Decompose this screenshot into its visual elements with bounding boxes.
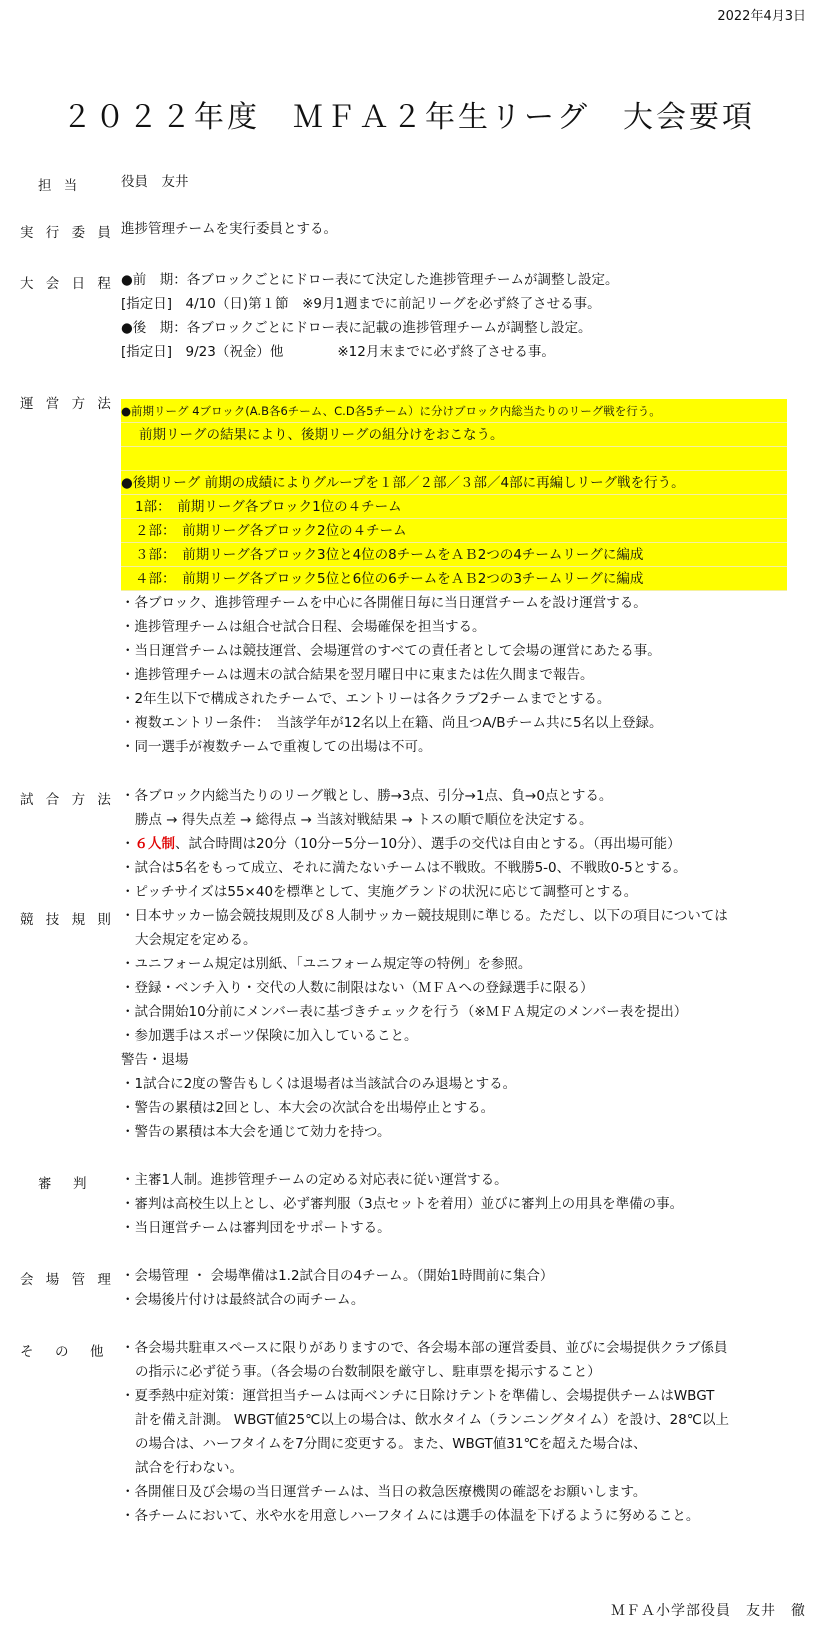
kaijo-line: ・会場後片付けは最終試合の両チーム。 — [121, 1288, 364, 1312]
section-label-jikko: 実 行 委 員 — [20, 221, 118, 241]
unei-line: ・同一選手が複数チームで重複しての出場は不可。 — [121, 735, 432, 759]
shiai-line: ・試合は5名をもって成立、それに満たないチームは不戦敗。不戦勝5-0、不戦敗0-… — [121, 856, 687, 880]
sonota-line: ・各開催日及び会場の当日運営チームは、当日の救急医療機関の確認をお願いします。 — [121, 1480, 646, 1504]
unei-line: ・進捗管理チームは週末の試合結果を翌月曜日中に東または佐久間まで報告。 — [121, 663, 594, 687]
kyogi-line: 大会規定を定める。 — [135, 928, 257, 952]
highlight-row: 1部： 前期リーグ各ブロック1位の４チーム — [121, 495, 787, 519]
kyogi-line: ・登録・ベンチ入り・交代の人数に制限はない（ＭＦＡへの登録選手に限る） — [121, 976, 594, 1000]
page-title: ２０２２年度 ＭＦＡ２年生リーグ 大会要項 — [0, 92, 817, 136]
highlight-row: ●後期リーグ 前期の成績によりグループを１部／２部／３部／4部に再編しリーグ戦を… — [121, 471, 787, 495]
bullet: ・ — [121, 836, 135, 852]
sonota-line: ・各チームにおいて、氷や水を用意しハーフタイムには選手の体温を下げるように努める… — [121, 1504, 699, 1528]
shiai-line: ・ピッチサイズは55×40を標準として、実施グランドの状況に応じて調整可とする。 — [121, 880, 637, 904]
nittei-line: ●前 期：各ブロックごとにドロー表にて決定した進捗管理チームが調整し設定。 — [121, 268, 619, 292]
highlight-row — [121, 447, 787, 471]
kyogi-line: ・1試合に2度の警告もしくは退場者は当該試合のみ退場とする。 — [121, 1072, 516, 1096]
player-count-emphasis: ６人制 — [135, 836, 176, 852]
jikko-text: 進捗管理チームを実行委員とする。 — [121, 217, 337, 241]
section-label-shiai: 試 合 方 法 — [20, 788, 118, 808]
sonota-line: の指示に必ず従う事。（各会場の台数制限を厳守し、駐車票を掲示すること） — [135, 1360, 601, 1384]
sonota-line: 試合を行わない。 — [135, 1456, 243, 1480]
date: 2022年4月3日 — [717, 5, 806, 24]
section-label-sonota: そ の 他 — [20, 1340, 118, 1360]
match-time-text: 、試合時間は20分（10分ー5分ー10分）、選手の交代は自由とする。（再出場可能… — [175, 836, 681, 852]
shiai-line: 勝点 → 得失点差 → 総得点 → 当該対戦結果 → トスの順で順位を決定する。 — [135, 808, 592, 832]
kyogi-line: ・ユニフォーム規定は別紙、「ユニフォーム規定等の特例」を参照。 — [121, 952, 531, 976]
sonota-line: ・各会場共駐車スペースに限りがありますので、各会場本部の運営委員、並びに会場提供… — [121, 1336, 728, 1360]
sonota-line: ・夏季熱中症対策：運営担当チームは両ベンチに日除けテントを準備し、会場提供チーム… — [121, 1384, 714, 1408]
highlight-row: ２部： 前期リーグ各ブロック2位の４チーム — [121, 519, 787, 543]
shinpan-line: ・当日運営チームは審判団をサポートする。 — [121, 1216, 391, 1240]
kyogi-subheading: 警告・退場 — [121, 1048, 189, 1072]
unei-line: ・各ブロック、進捗管理チームを中心に各開催日毎に当日運営チームを設け運営する。 — [121, 591, 647, 615]
shiai-line-emphasis: ・６人制、試合時間は20分（10分ー5分ー10分）、選手の交代は自由とする。（再… — [121, 832, 681, 856]
unei-line: ・複数エントリー条件： 当該学年が12名以上在籍、尚且つA/Bチーム共に5名以上… — [121, 711, 663, 735]
unei-line: ・当日運営チームは競技運営、会場運営のすべての責任者として会場の運営にあたる事。 — [121, 639, 661, 663]
highlight-row: ４部： 前期リーグ各ブロック5位と6位の6チームをＡＢ2つの3チームリーグに編成 — [121, 567, 787, 591]
nittei-line: ●後 期：各ブロックごとにドロー表に記載の進捗管理チームが調整し設定。 — [121, 316, 592, 340]
shinpan-line: ・主審1人制。進捗管理チームの定める対応表に従い運営する。 — [121, 1168, 508, 1192]
kyogi-line: ・警告の累積は本大会を通じて効力を持つ。 — [121, 1120, 390, 1144]
highlight-block: ●前期リーグ 4ブロック(A.B各6チーム、C.D各5チーム）に分けブロック内総… — [121, 399, 787, 591]
section-label-kaijo: 会 場 管 理 — [20, 1268, 118, 1288]
section-label-nittei: 大 会 日 程 — [20, 272, 118, 292]
tantou-text: 役員 友井 — [121, 170, 189, 194]
unei-line: ・進捗管理チームは組合せ試合日程、会場確保を担当する。 — [121, 615, 486, 639]
shinpan-line: ・審判は高校生以上とし、必ず審判服（3点セットを着用）並びに審判上の用具を準備の… — [121, 1192, 683, 1216]
signature: ＭＦＡ小学部役員 友井 徹 — [611, 1600, 806, 1620]
unei-line: ・2年生以下で構成されたチームで、エントリーは各クラブ2チームまでとする。 — [121, 687, 610, 711]
kyogi-line: ・警告の累積は2回とし、本大会の次試合を出場停止とする。 — [121, 1096, 494, 1120]
section-label-unei: 運 営 方 法 — [20, 392, 118, 412]
section-label-kyogi: 競 技 規 則 — [20, 908, 118, 928]
nittei-line: [指定日] 9/23（祝金）他 ※12月末までに必ず終了させる事。 — [121, 340, 555, 364]
kyogi-line: ・試合開始10分前にメンバー表に基づきチェックを行う（※ＭＦＡ規定のメンバー表を… — [121, 1000, 687, 1024]
shiai-line: ・各ブロック内総当たりのリーグ戦とし、勝→3点、引分→1点、負→0点とする。 — [121, 784, 612, 808]
sonota-line: の場合は、ハーフタイムを7分間に変更する。また、WBGT値31℃を超えた場合は、 — [135, 1432, 647, 1456]
highlight-row: 前期リーグの結果により、後期リーグの組分けをおこなう。 — [121, 423, 787, 447]
kyogi-line: ・参加選手はスポーツ保険に加入していること。 — [121, 1024, 417, 1048]
highlight-row: ●前期リーグ 4ブロック(A.B各6チーム、C.D各5チーム）に分けブロック内総… — [121, 399, 787, 423]
kaijo-line: ・会場管理 ・ 会場準備は1.2試合目の4チーム。（開始1時間前に集合） — [121, 1264, 553, 1288]
highlight-row: ３部： 前期リーグ各ブロック3位と4位の8チームをＡＢ2つの4チームリーグに編成 — [121, 543, 787, 567]
kyogi-line: ・日本サッカー協会競技規則及び８人制サッカー競技規則に準じる。ただし、以下の項目… — [121, 904, 728, 928]
sonota-line: 計を備え計測。 WBGT値25℃以上の場合は、飲水タイム（ランニングタイム）を設… — [135, 1408, 729, 1432]
nittei-line: [指定日] 4/10（日)第１節 ※9月1週までに前記リーグを必ず終了させる事。 — [121, 292, 601, 316]
